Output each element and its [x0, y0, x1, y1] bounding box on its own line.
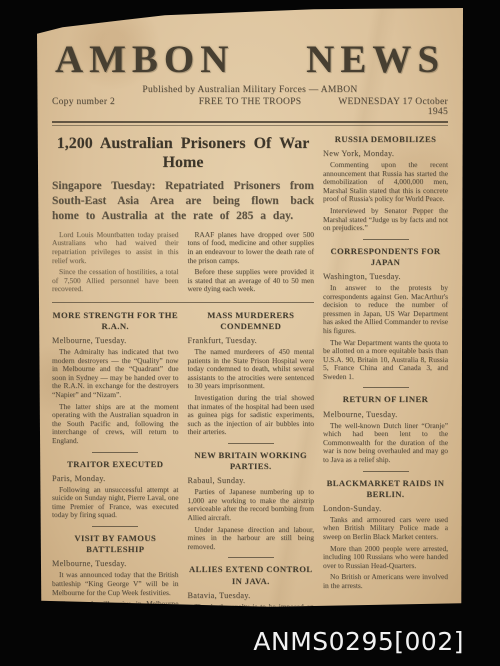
lead-paragraph: Before these supplies were provided it i…	[188, 268, 315, 294]
archive-label: ANMS0295[002]	[253, 627, 464, 656]
news-column-middle: MASS MURDERERS CONDEMNEDFrankfurt, Tuesd…	[188, 310, 315, 643]
archive-photo: AMBON NEWS Published by Australian Milit…	[0, 0, 500, 666]
section-rule	[52, 302, 314, 303]
masthead: AMBON NEWS Published by Australian Milit…	[52, 40, 448, 126]
article-heading: NEW BRITAIN WORKING PARTIES.	[188, 450, 315, 472]
article-heading: BLACKMARKET RAIDS IN BERLIN.	[323, 478, 448, 500]
article-paragraph: The vessel will arrive in Melbourne from…	[52, 600, 179, 626]
article: RETURN OF LINERMelbourne, Tuesday.The we…	[323, 394, 448, 464]
article-separator	[363, 471, 409, 472]
article-paragraph: Interviewed by Senator Pepper the Marsha…	[323, 207, 448, 233]
article-paragraph: The Admiralty has indicated that two mod…	[52, 348, 179, 399]
article-paragraph: The well-known Dutch liner “Oranje” whic…	[323, 422, 448, 465]
article-paragraph: In answer to the protests by corresponde…	[323, 284, 448, 335]
lead-subcol-left: Lord Louis Mountbatten today praised Aus…	[52, 231, 179, 297]
article-heading: CORRESPONDENTS FOR JAPAN	[323, 246, 448, 268]
newspaper-title: AMBON NEWS	[52, 40, 448, 81]
article-paragraph: The latter ships are at the moment opera…	[52, 403, 179, 446]
article-paragraph: The death penalty is to be imposed on an…	[188, 603, 315, 620]
lead-subcolumns: Lord Louis Mountbatten today praised Aus…	[52, 231, 314, 297]
article-dateline: Rabaul, Sunday.	[188, 476, 315, 485]
article-separator	[363, 239, 409, 240]
article-heading: RUSSIA DEMOBILIZES	[323, 134, 448, 145]
article-separator	[363, 387, 409, 388]
article: CORRESPONDENTS FOR JAPANWashington, Tues…	[323, 246, 448, 382]
article-paragraph: Parties of Japanese numbering up to 1,00…	[188, 488, 315, 522]
article-dateline: Paris, Monday.	[52, 474, 179, 483]
news-column-right: RUSSIA DEMOBILIZESNew York, Monday.Comme…	[323, 134, 448, 643]
article-separator	[228, 443, 274, 444]
lead-headline: 1,200 Australian Prisoners Of War Home	[52, 134, 314, 173]
article-heading: TRAITOR EXECUTED	[52, 459, 179, 470]
masthead-rule	[52, 121, 448, 126]
newspaper-page: AMBON NEWS Published by Australian Milit…	[37, 8, 463, 608]
article-paragraph: Tanks and armoured cars were used when B…	[323, 516, 448, 542]
article: NEW BRITAIN WORKING PARTIES.Rabaul, Sund…	[188, 450, 315, 551]
article: RUSSIA DEMOBILIZESNew York, Monday.Comme…	[323, 134, 448, 233]
article: MORE STRENGTH FOR THE R.A.N.Melbourne, T…	[52, 310, 179, 446]
article-dateline: London-Sunday.	[323, 504, 448, 513]
article-paragraph: No British or Americans were involved in…	[323, 573, 448, 590]
lead-story: 1,200 Australian Prisoners Of War Home S…	[52, 134, 314, 643]
lead-paragraph: Since the cessation of hostilities, a to…	[52, 268, 179, 294]
article-dateline: New York, Monday.	[323, 149, 448, 158]
article: BLACKMARKET RAIDS IN BERLIN.London-Sunda…	[323, 478, 448, 591]
article-paragraph: The War Department wants the quota to be…	[323, 339, 448, 382]
distribution-line: FREE TO THE TROOPS	[184, 97, 316, 117]
article-paragraph: More than 2000 people were arrested, inc…	[323, 545, 448, 571]
article-separator	[228, 557, 274, 558]
article-paragraph: It was announced today that the British …	[52, 571, 179, 597]
copy-number: Copy number 2	[52, 97, 184, 117]
article-paragraph: Investigation during the trial showed th…	[188, 394, 315, 437]
lead-subcol-right: RAAF planes have dropped over 500 tons o…	[188, 231, 315, 297]
article-heading: MASS MURDERERS CONDEMNED	[188, 310, 315, 332]
article-dateline: Melbourne, Tuesday.	[52, 559, 179, 568]
article-heading: RETURN OF LINER	[323, 394, 448, 405]
masthead-meta-row: Copy number 2 FREE TO THE TROOPS WEDNESD…	[52, 97, 448, 117]
article-dateline: Melbourne, Tuesday.	[52, 336, 179, 345]
article-separator	[92, 452, 138, 453]
article-dateline: Melbourne, Tuesday.	[323, 410, 448, 419]
article-heading: ALLIES EXTEND CONTROL IN JAVA.	[188, 564, 315, 586]
article-heading: MORE STRENGTH FOR THE R.A.N.	[52, 310, 179, 332]
article-paragraph: Under Japanese direction and labour, min…	[188, 526, 315, 552]
published-by-line: Published by Australian Military Forces …	[52, 85, 448, 95]
page-body: 1,200 Australian Prisoners Of War Home S…	[52, 134, 448, 643]
lead-paragraph: RAAF planes have dropped over 500 tons o…	[188, 231, 315, 265]
article-paragraph: The named murderers of 450 mental patien…	[188, 348, 315, 391]
article-dateline: Frankfurt, Tuesday.	[188, 336, 315, 345]
article: TRAITOR EXECUTEDParis, Monday.Following …	[52, 459, 179, 520]
article: MASS MURDERERS CONDEMNEDFrankfurt, Tuesd…	[188, 310, 315, 437]
lead-standfirst: Singapore Tuesday: Repatriated Prisoners…	[52, 179, 314, 224]
article: VISIT BY FAMOUS BATTLESHIPMelbourne, Tue…	[52, 533, 179, 626]
article-dateline: Washington, Tuesday.	[323, 272, 448, 281]
article-paragraph: Following an unsuccessful attempt at sui…	[52, 486, 179, 520]
lead-paragraph: Lord Louis Mountbatten today praised Aus…	[52, 231, 179, 265]
news-column-left: MORE STRENGTH FOR THE R.A.N.Melbourne, T…	[52, 310, 179, 643]
article-separator	[92, 526, 138, 527]
article-dateline: Batavia, Tuesday.	[188, 591, 315, 600]
article-columns: MORE STRENGTH FOR THE R.A.N.Melbourne, T…	[52, 310, 314, 643]
issue-date: WEDNESDAY 17 October 1945	[316, 97, 448, 117]
article-paragraph: Commenting upon the recent announcement …	[323, 161, 448, 204]
article-heading: VISIT BY FAMOUS BATTLESHIP	[52, 533, 179, 555]
